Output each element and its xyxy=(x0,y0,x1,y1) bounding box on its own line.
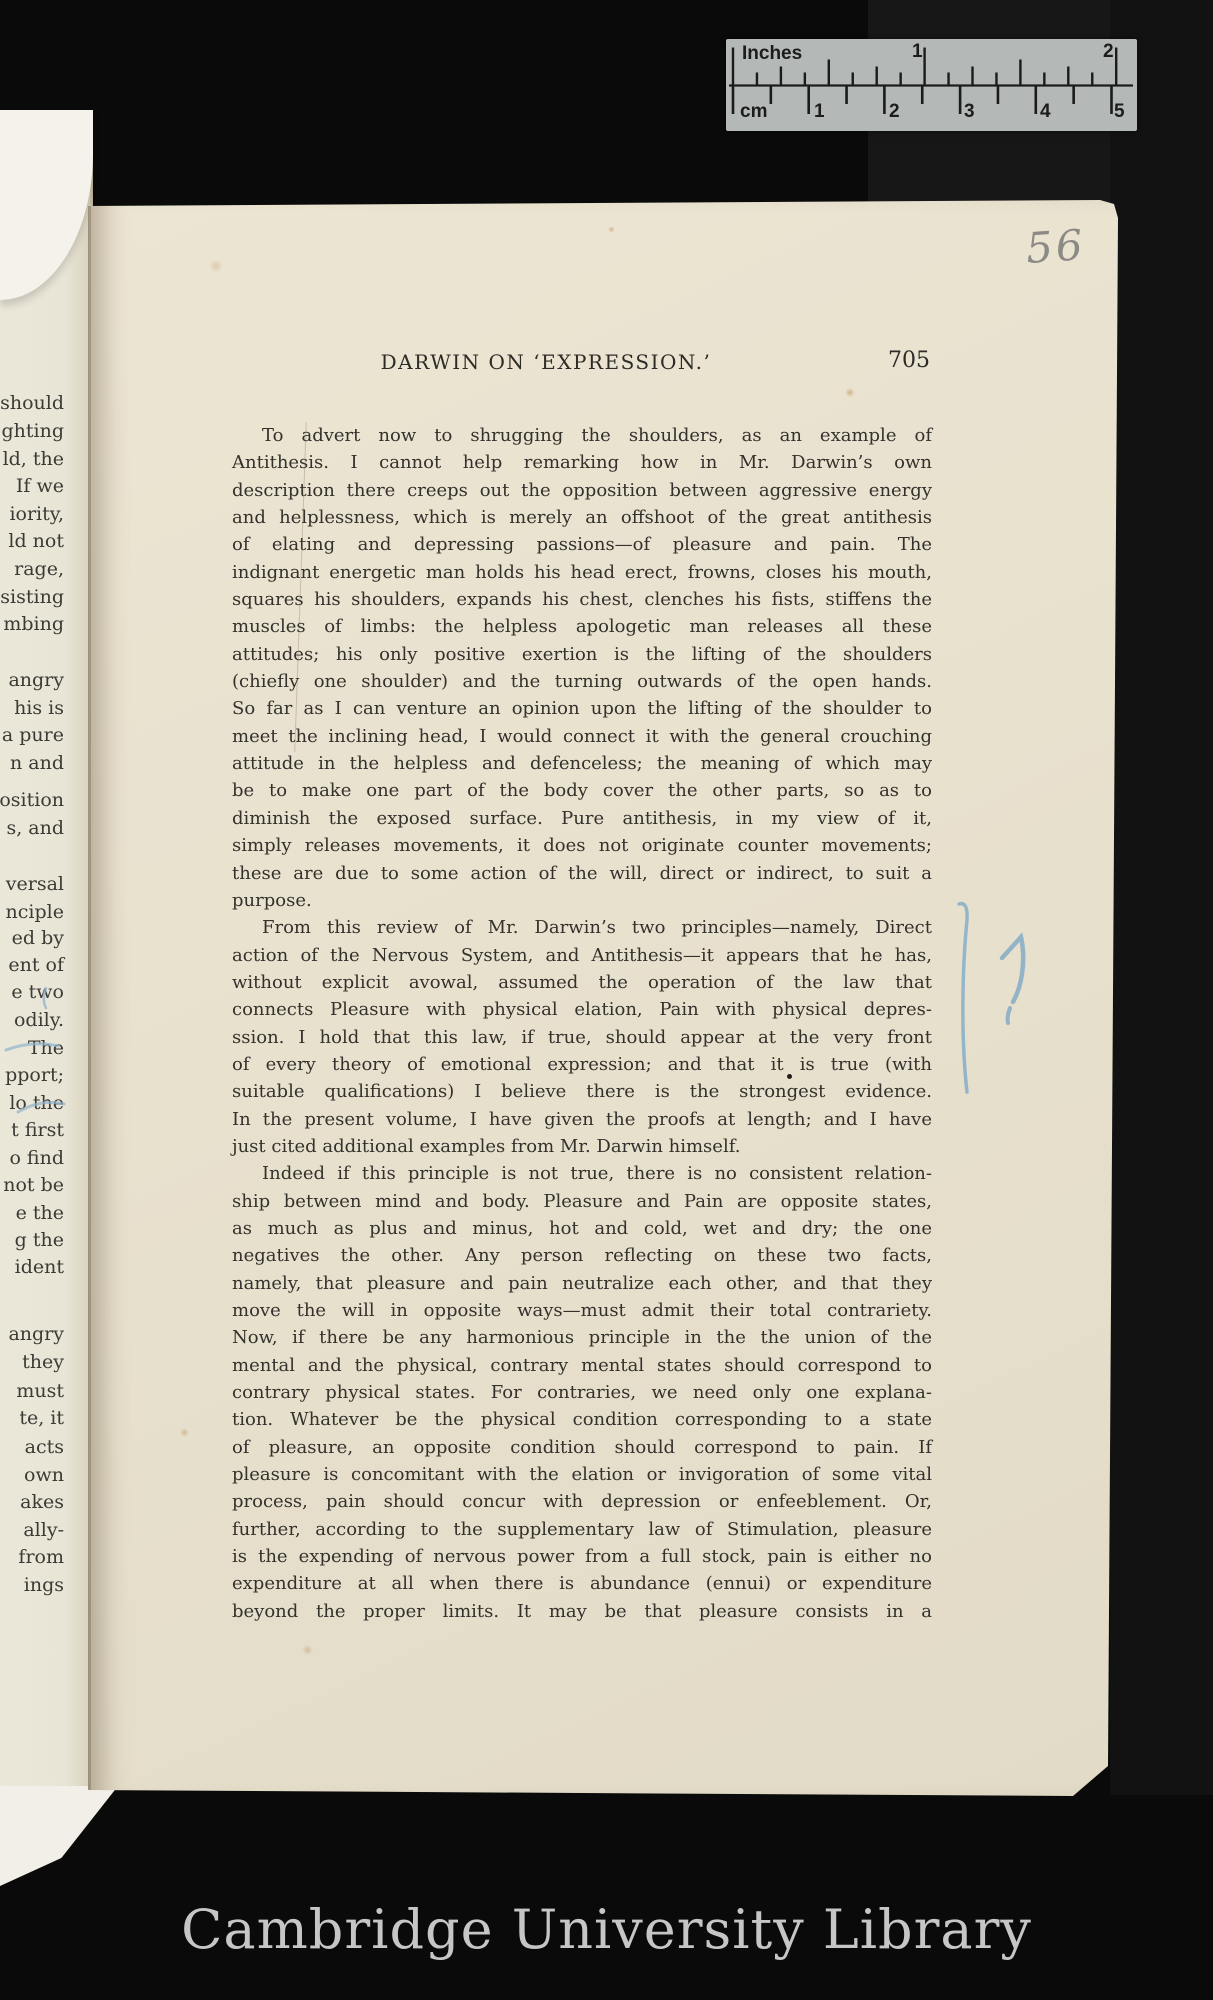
body-line: indignant energetic man holds his head e… xyxy=(232,559,932,586)
ruler-cm-number: 4 xyxy=(1040,101,1051,123)
margin-fragment: mbing xyxy=(3,613,64,635)
margin-fragment: ed by xyxy=(12,927,64,949)
handwritten-folio-number: 56 xyxy=(1024,220,1087,273)
margin-fragment: osition xyxy=(0,789,64,811)
body-line: connects Pleasure with physical elation,… xyxy=(232,996,932,1023)
margin-fragment: If we xyxy=(16,475,64,497)
margin-fragment: not be xyxy=(3,1174,64,1196)
margin-fragment: angry xyxy=(8,1323,64,1345)
margin-fragment: ghting xyxy=(1,420,64,442)
body-line: purpose. xyxy=(232,887,932,914)
margin-fragment: ally- xyxy=(23,1519,64,1541)
body-line: without explicit avowal, assumed the ope… xyxy=(232,969,932,996)
body-line: squares his shoulders, expands his chest… xyxy=(232,586,932,613)
book-scan: Inches cm 1212345 shouldghtingld, theIf … xyxy=(0,0,1213,2000)
margin-fragment: o find xyxy=(9,1147,64,1169)
measurement-ruler: Inches cm 1212345 xyxy=(726,39,1137,131)
margin-fragment: ings xyxy=(24,1574,64,1596)
ruler-cm-number: 2 xyxy=(889,101,900,123)
body-line: expenditure at all when there is abundan… xyxy=(232,1570,932,1597)
body-line: diminish the exposed surface. Pure antit… xyxy=(232,805,932,832)
margin-fragment: angry xyxy=(8,669,64,691)
foxing-spot xyxy=(180,1428,189,1437)
margin-fragment: versal xyxy=(6,873,64,895)
ruler-inch-number: 2 xyxy=(1103,41,1114,63)
margin-fragment: from xyxy=(18,1546,64,1568)
foxing-spot xyxy=(208,260,224,272)
ruler-cm-number: 3 xyxy=(964,101,975,123)
body-line: attitude in the helpless and defenceless… xyxy=(232,750,932,777)
page-curl-bottom xyxy=(0,1786,118,1886)
body-line: these are due to some action of the will… xyxy=(232,860,932,887)
body-line: Indeed if this principle is not true, th… xyxy=(232,1160,932,1187)
margin-fragment: odily. xyxy=(14,1009,64,1031)
body-line: Antithesis. I cannot help remarking how … xyxy=(232,449,932,476)
ruler-inch-number: 1 xyxy=(912,41,923,63)
margin-fragment: g the xyxy=(15,1229,64,1251)
ruler-inches-label: Inches xyxy=(742,43,802,65)
margin-fragment: pport; xyxy=(5,1064,64,1086)
margin-fragment: akes xyxy=(20,1491,64,1513)
margin-fragment: iority, xyxy=(9,503,64,525)
margin-fragment: should xyxy=(0,392,64,414)
margin-fragment: acts xyxy=(25,1436,64,1458)
body-line: negatives the other. Any person reflecti… xyxy=(232,1242,932,1269)
book-page: 56 DARWIN ON ‘EXPRESSION.’ 705 To advert… xyxy=(88,200,1118,1796)
ruler-cm-number: 1 xyxy=(814,101,825,123)
body-line: simply releases movements, it does not o… xyxy=(232,832,932,859)
foxing-spot xyxy=(388,1030,394,1036)
body-line: of pleasure, an opposite condition shoul… xyxy=(232,1434,932,1461)
body-line: muscles of limbs: the helpless apologeti… xyxy=(232,613,932,640)
body-line: further, according to the supplementary … xyxy=(232,1516,932,1543)
margin-fragment: his is xyxy=(14,697,64,719)
body-line: and helplessness, which is merely an off… xyxy=(232,504,932,531)
margin-fragment: nciple xyxy=(6,901,64,923)
margin-fragment: s, and xyxy=(6,817,64,839)
margin-fragment: The xyxy=(28,1037,64,1059)
margin-fragment: e two xyxy=(11,981,64,1003)
body-line: (chiefly one shoulder) and the turning o… xyxy=(232,668,932,695)
body-line: as much as plus and minus, hot and cold,… xyxy=(232,1215,932,1242)
margin-fragment: they xyxy=(22,1351,64,1373)
margin-fragment: rage, xyxy=(14,558,64,580)
body-line: is the expending of nervous power from a… xyxy=(232,1543,932,1570)
margin-fragment: a pure xyxy=(2,724,64,746)
body-line: be to make one part of the body cover th… xyxy=(232,777,932,804)
margin-fragment: ld, the xyxy=(3,448,64,470)
library-watermark: Cambridge University Library xyxy=(0,1898,1213,1961)
body-line: just cited additional examples from Mr. … xyxy=(232,1133,932,1160)
foxing-spot xyxy=(608,226,615,233)
margin-fragment: lo the xyxy=(9,1092,64,1114)
margin-fragment: sisting xyxy=(0,586,64,608)
ruler-cm-number: 5 xyxy=(1114,101,1125,123)
body-line: mental and the physical, contrary mental… xyxy=(232,1352,932,1379)
body-line: contrary physical states. For contraries… xyxy=(232,1379,932,1406)
body-line: Now, if there be any harmonious principl… xyxy=(232,1324,932,1351)
body-line: To advert now to shrugging the shoulders… xyxy=(232,422,932,449)
foxing-spot xyxy=(302,1645,313,1655)
foxing-spot xyxy=(845,388,855,397)
body-line: action of the Nervous System, and Antith… xyxy=(232,942,932,969)
body-line: tion. Whatever be the physical condition… xyxy=(232,1406,932,1433)
page-header: DARWIN ON ‘EXPRESSION.’ 705 xyxy=(232,350,930,376)
page-number: 705 xyxy=(888,348,930,373)
body-line: of elating and depressing passions—of pl… xyxy=(232,531,932,558)
body-line: namely, that pleasure and pain neutraliz… xyxy=(232,1270,932,1297)
body-line: attitudes; his only positive exertion is… xyxy=(232,641,932,668)
body-line: In the present volume, I have given the … xyxy=(232,1106,932,1133)
margin-fragment: ld not xyxy=(8,530,64,552)
margin-fragment: e the xyxy=(16,1202,64,1224)
margin-fragment: ent of xyxy=(8,954,64,976)
body-line: beyond the proper limits. It may be that… xyxy=(232,1598,932,1625)
body-line: ship between mind and body. Pleasure and… xyxy=(232,1188,932,1215)
body-text: To advert now to shrugging the shoulders… xyxy=(232,422,932,1625)
ruler-cm-label: cm xyxy=(740,101,767,123)
margin-fragment: ident xyxy=(15,1256,64,1278)
margin-fragment: n and xyxy=(10,752,64,774)
margin-fragment: must xyxy=(16,1380,64,1402)
body-line: of every theory of emotional expression;… xyxy=(232,1051,932,1078)
margin-fragment: own xyxy=(24,1464,64,1486)
body-line: From this review of Mr. Darwin’s two pri… xyxy=(232,914,932,941)
body-line: ssion. I hold that this law, if true, sh… xyxy=(232,1024,932,1051)
running-title: DARWIN ON ‘EXPRESSION.’ xyxy=(232,350,930,374)
body-line: move the will in opposite ways—must admi… xyxy=(232,1297,932,1324)
body-line: process, pain should concur with depress… xyxy=(232,1488,932,1515)
margin-fragment: te, it xyxy=(19,1407,64,1429)
body-line: pleasure is concomitant with the elation… xyxy=(232,1461,932,1488)
body-line: So far as I can venture an opinion upon … xyxy=(232,695,932,722)
body-line: meet the inclining head, I would connect… xyxy=(232,723,932,750)
ink-spot xyxy=(787,1074,792,1079)
backdrop-cloth-right xyxy=(1110,0,1213,1795)
body-line: description there creeps out the opposit… xyxy=(232,477,932,504)
margin-fragments: shouldghtingld, theIf weiority,ld notrag… xyxy=(0,0,64,1700)
body-line: suitable qualifications) I believe there… xyxy=(232,1078,932,1105)
margin-fragment: t first xyxy=(11,1119,64,1141)
